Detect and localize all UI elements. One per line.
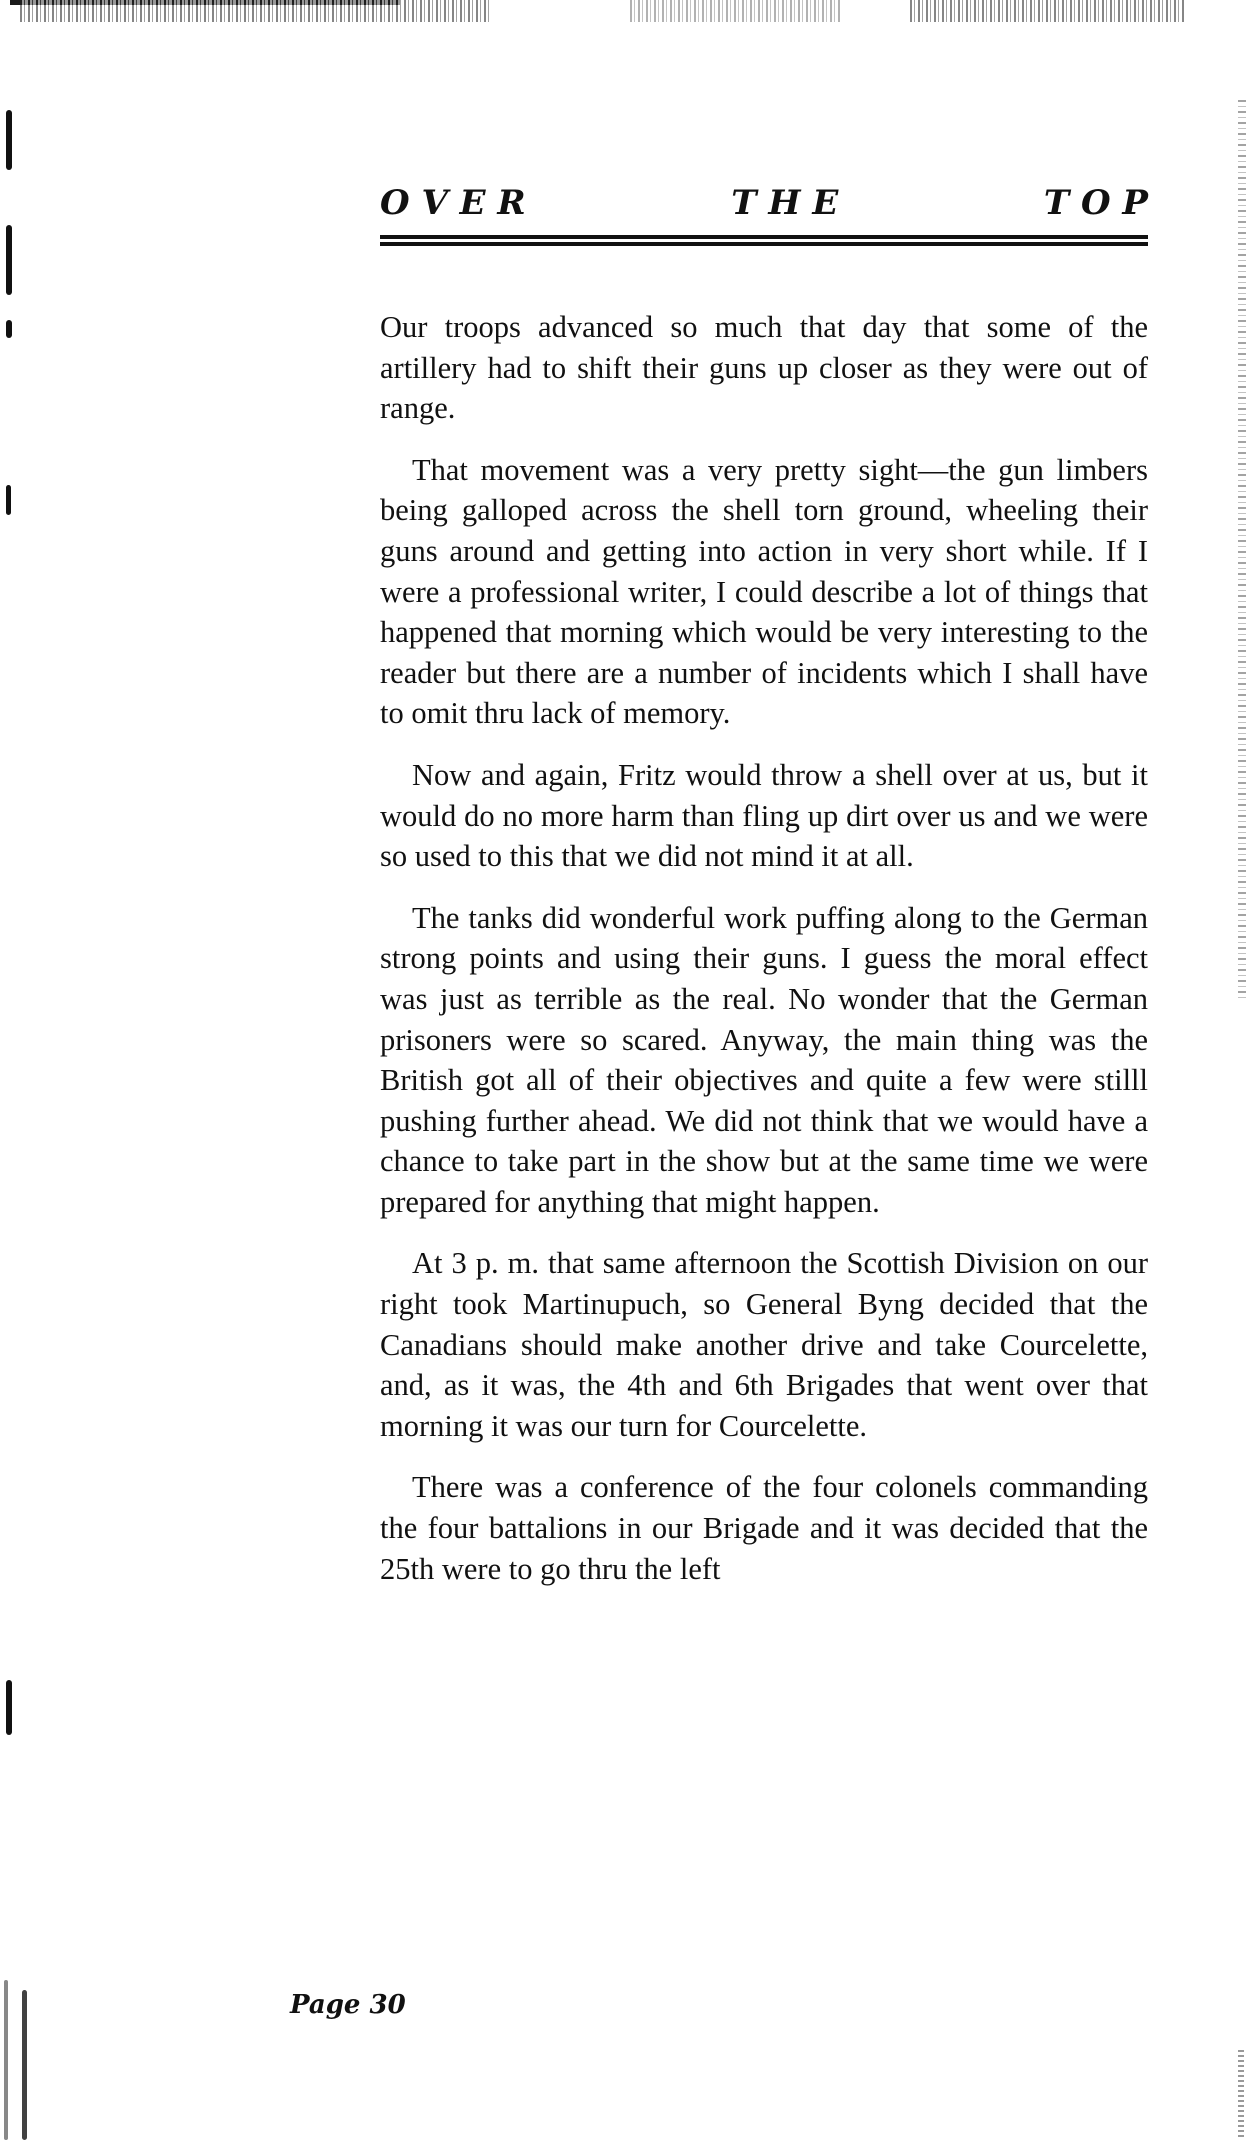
paragraph: There was a conference of the four colon… [380, 1467, 1148, 1589]
running-header: O V E R T H E T O P [380, 180, 1148, 226]
scan-artifact-top-right [910, 0, 1185, 22]
scan-artifact-left-edge [6, 225, 12, 295]
scan-artifact-left-edge [6, 1680, 12, 1735]
scan-artifact-right-bottom [1238, 2050, 1244, 2140]
scanned-book-page: O V E R T H E T O P Our troops advanced … [0, 0, 1250, 2140]
scan-artifact-right-edge [1238, 100, 1246, 1000]
paragraph: Now and again, Fritz would throw a shell… [380, 755, 1148, 877]
page-number: Page 30 [290, 1990, 406, 2020]
running-header-title: O V E R T H E T O P [380, 180, 1148, 226]
paragraph: That movement was a very pretty sight—th… [380, 450, 1148, 734]
header-double-rule-top [380, 235, 1148, 239]
scan-artifact-left-bottom [22, 1990, 27, 2140]
paragraph: At 3 p. m. that same afternoon the Scott… [380, 1243, 1148, 1446]
header-word-top: T O P [1044, 180, 1148, 226]
scan-artifact-top-left [20, 0, 490, 22]
header-word-the: T H E [731, 180, 838, 226]
scan-artifact-left-edge [6, 110, 12, 170]
scan-artifact-left-bottom [4, 1980, 8, 2140]
paragraph: Our troops advanced so much that day tha… [380, 307, 1148, 429]
header-double-rule-bottom [380, 242, 1148, 246]
scan-artifact-left-edge [6, 485, 11, 515]
scan-artifact-left-edge [6, 320, 12, 338]
body-text: Our troops advanced so much that day tha… [380, 307, 1148, 1610]
paragraph: The tanks did wonderful work puffing alo… [380, 898, 1148, 1223]
scan-artifact-top-middle [630, 0, 840, 22]
header-word-over: O V E R [380, 180, 526, 226]
